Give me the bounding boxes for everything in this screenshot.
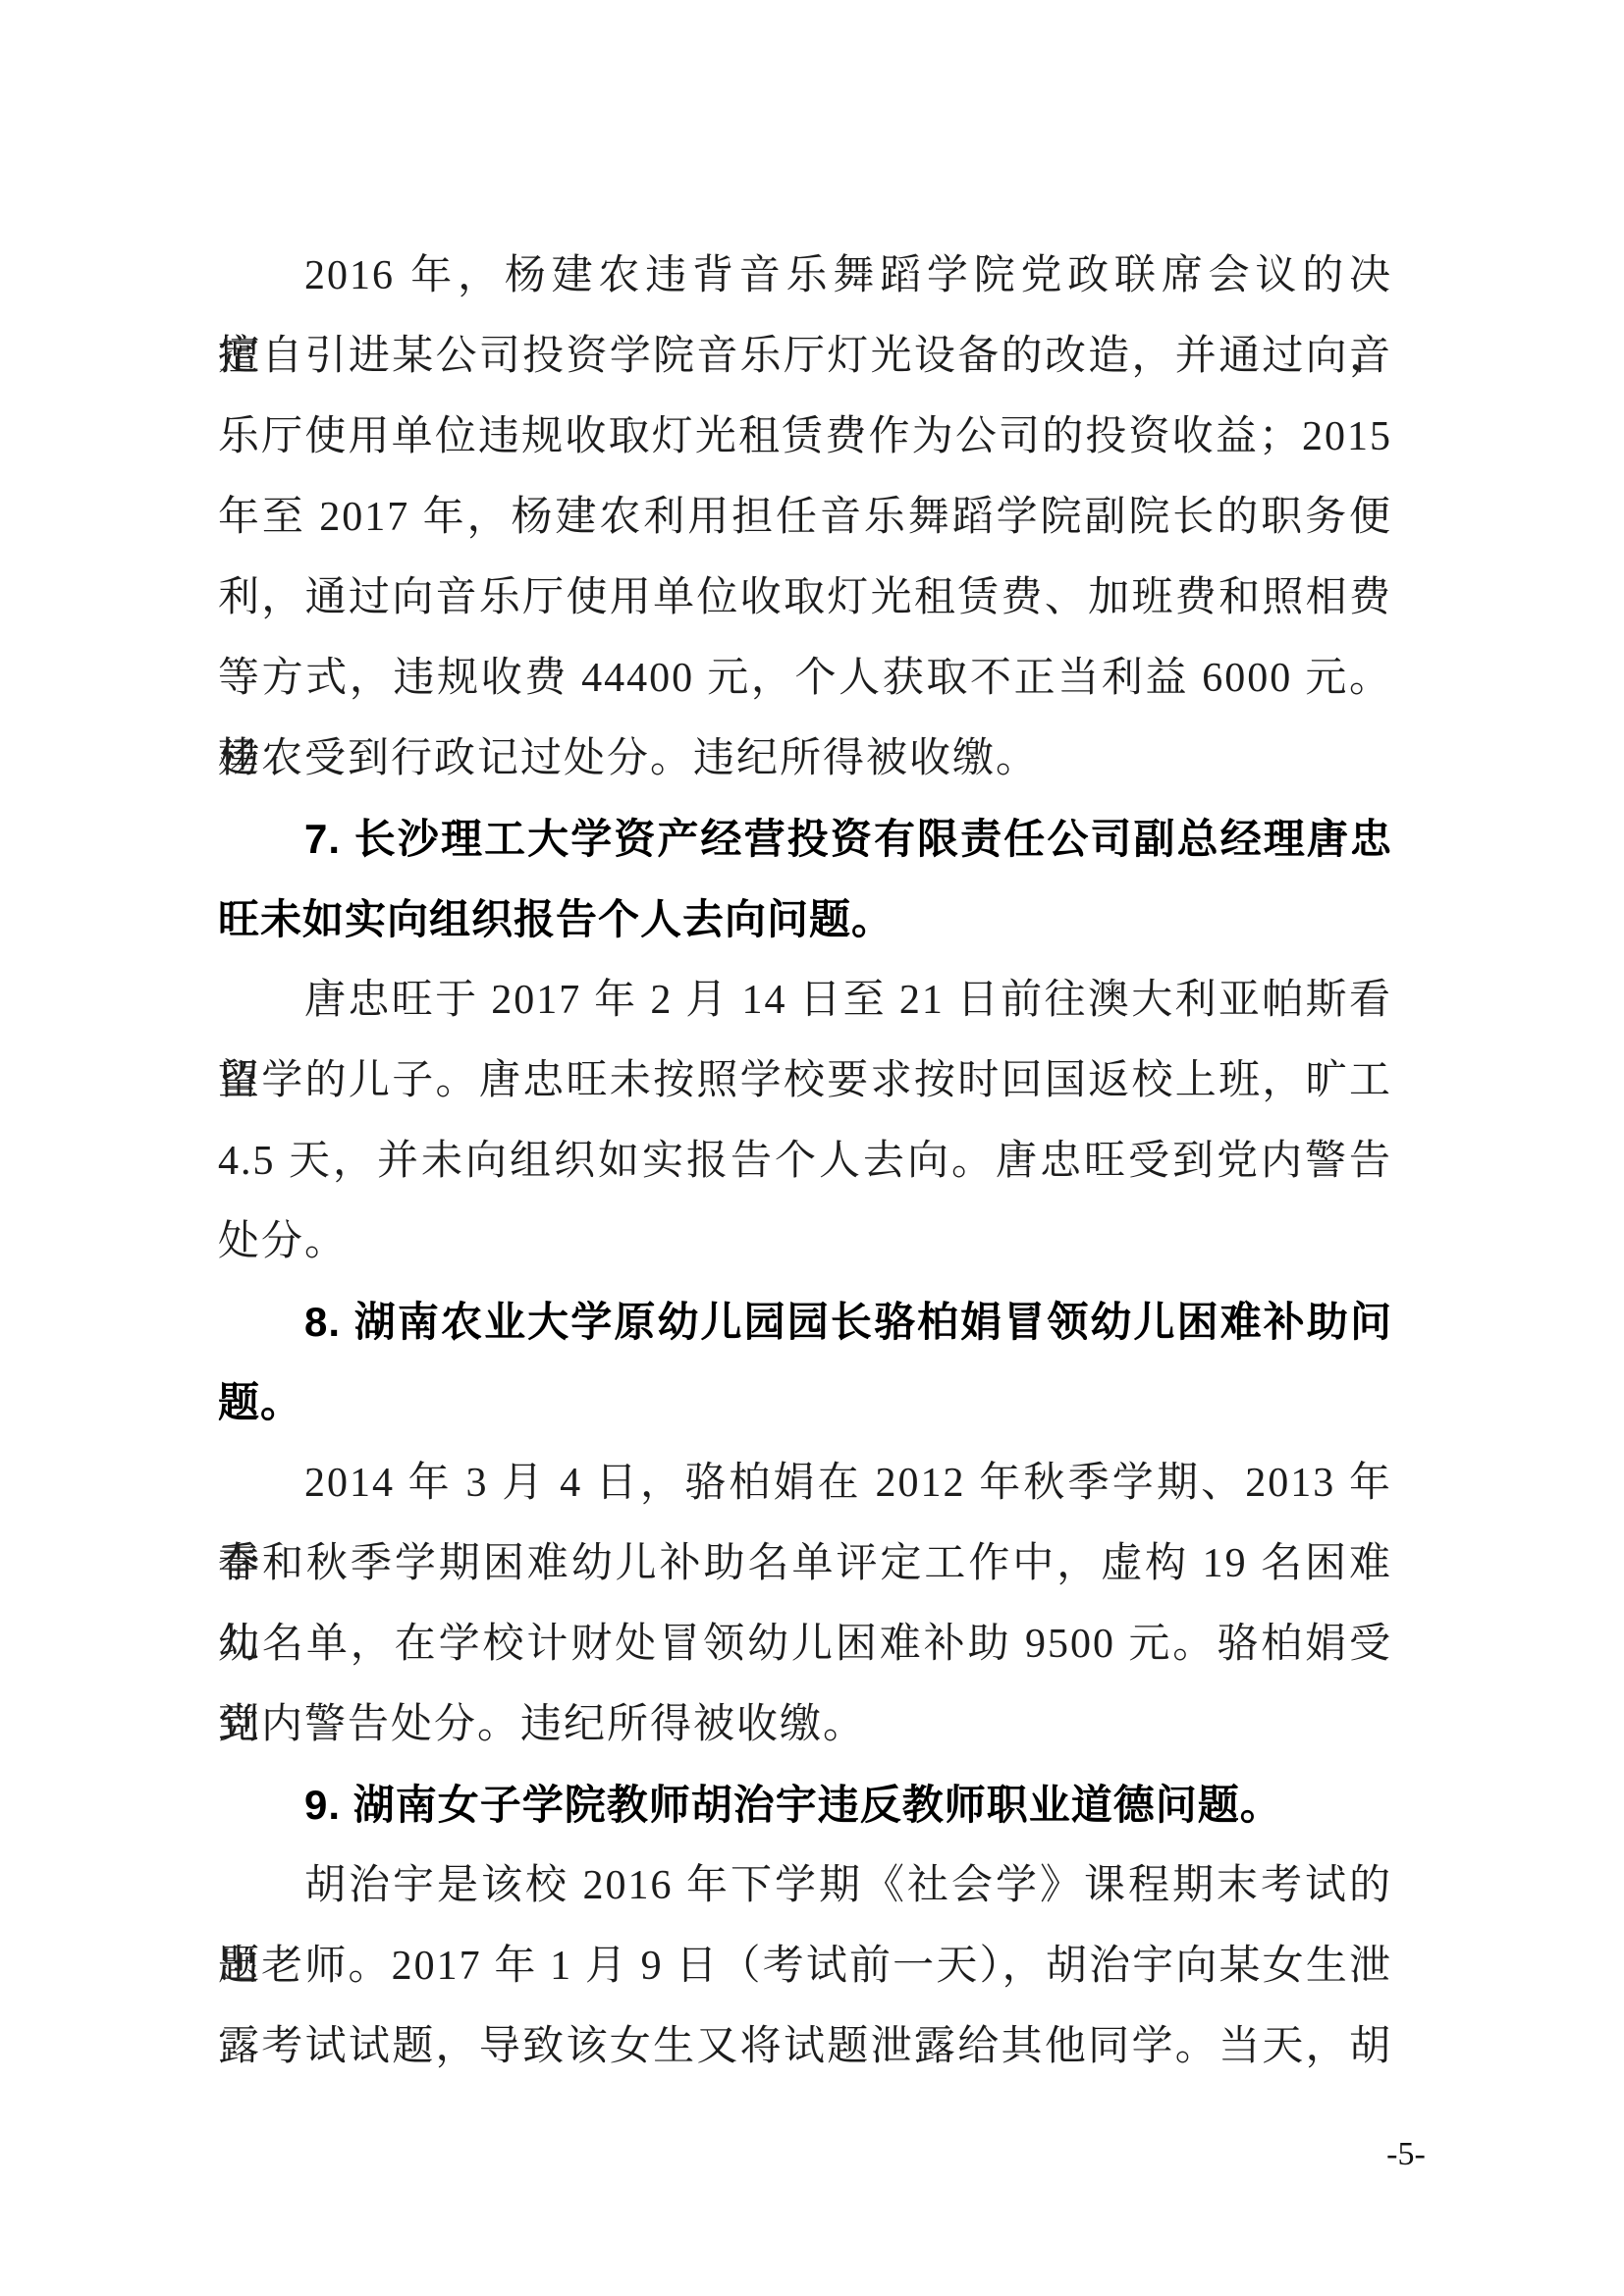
text-line: 利，通过向音乐厅使用单位收取灯光租赁费、加班费和照相费	[218, 558, 1392, 638]
heading-case-7: 7. 长沙理工大学资产经营投资有限责任公司副总经理唐忠 旺未如实向组织报告个人去…	[218, 799, 1392, 960]
heading-line: 旺未如实向组织报告个人去向问题。	[218, 880, 1392, 960]
text-line: 擅自引进某公司投资学院音乐厅灯光设备的改造，并通过向音	[218, 316, 1392, 397]
text-line: 2014 年 3 月 4 日，骆柏娟在 2012 年秋季学期、2013 年春	[218, 1443, 1392, 1523]
body-case-9: 胡治宇是该校 2016 年下学期《社会学》课程期末考试的出 题老师。2017 年…	[218, 1845, 1392, 2087]
text-line: 儿名单，在学校计财处冒领幼儿困难补助 9500 元。骆柏娟受到	[218, 1604, 1392, 1684]
text-line: 处分。	[218, 1201, 1392, 1282]
body-case-6-continued: 2016 年，杨建农违背音乐舞蹈学院党政联席会议的决定， 擅自引进某公司投资学院…	[218, 236, 1392, 799]
text-line: 留学的儿子。唐忠旺未按照学校要求按时回国返校上班，旷工	[218, 1041, 1392, 1121]
body-case-7: 唐忠旺于 2017 年 2 月 14 日至 21 日前往澳大利亚帕斯看望 留学的…	[218, 960, 1392, 1282]
text-line: 乐厅使用单位违规收取灯光租赁费作为公司的投资收益；2015	[218, 397, 1392, 477]
text-line: 露考试试题，导致该女生又将试题泄露给其他同学。当天，胡	[218, 2006, 1392, 2087]
heading-line: 题。	[218, 1362, 1392, 1443]
heading-case-9: 9. 湖南女子学院教师胡治宇违反教师职业道德问题。	[218, 1765, 1392, 1845]
text-line: 题老师。2017 年 1 月 9 日（考试前一天），胡治宇向某女生泄	[218, 1926, 1392, 2006]
text-line: 年至 2017 年，杨建农利用担任音乐舞蹈学院副院长的职务便	[218, 477, 1392, 558]
text-line: 建农受到行政记过处分。违纪所得被收缴。	[218, 719, 1392, 799]
heading-line: 9. 湖南女子学院教师胡治宇违反教师职业道德问题。	[218, 1765, 1392, 1845]
text-line: 唐忠旺于 2017 年 2 月 14 日至 21 日前往澳大利亚帕斯看望	[218, 960, 1392, 1041]
heading-line: 7. 长沙理工大学资产经营投资有限责任公司副总经理唐忠	[218, 799, 1392, 880]
document-page: 2016 年，杨建农违背音乐舞蹈学院党政联席会议的决定， 擅自引进某公司投资学院…	[0, 0, 1624, 2296]
heading-line: 8. 湖南农业大学原幼儿园园长骆柏娟冒领幼儿困难补助问	[218, 1282, 1392, 1362]
text-line: 季和秋季学期困难幼儿补助名单评定工作中，虚构 19 名困难幼	[218, 1523, 1392, 1604]
document-text-block: 2016 年，杨建农违背音乐舞蹈学院党政联席会议的决定， 擅自引进某公司投资学院…	[218, 236, 1392, 2087]
text-line: 2016 年，杨建农违背音乐舞蹈学院党政联席会议的决定，	[218, 236, 1392, 316]
heading-case-8: 8. 湖南农业大学原幼儿园园长骆柏娟冒领幼儿困难补助问 题。	[218, 1282, 1392, 1443]
text-line: 党内警告处分。违纪所得被收缴。	[218, 1684, 1392, 1765]
text-line: 等方式，违规收费 44400 元，个人获取不正当利益 6000 元。杨	[218, 638, 1392, 719]
text-line: 4.5 天，并未向组织如实报告个人去向。唐忠旺受到党内警告	[218, 1121, 1392, 1201]
text-line: 胡治宇是该校 2016 年下学期《社会学》课程期末考试的出	[218, 1845, 1392, 1926]
page-number: -5-	[1367, 2130, 1445, 2179]
body-case-8: 2014 年 3 月 4 日，骆柏娟在 2012 年秋季学期、2013 年春 季…	[218, 1443, 1392, 1765]
